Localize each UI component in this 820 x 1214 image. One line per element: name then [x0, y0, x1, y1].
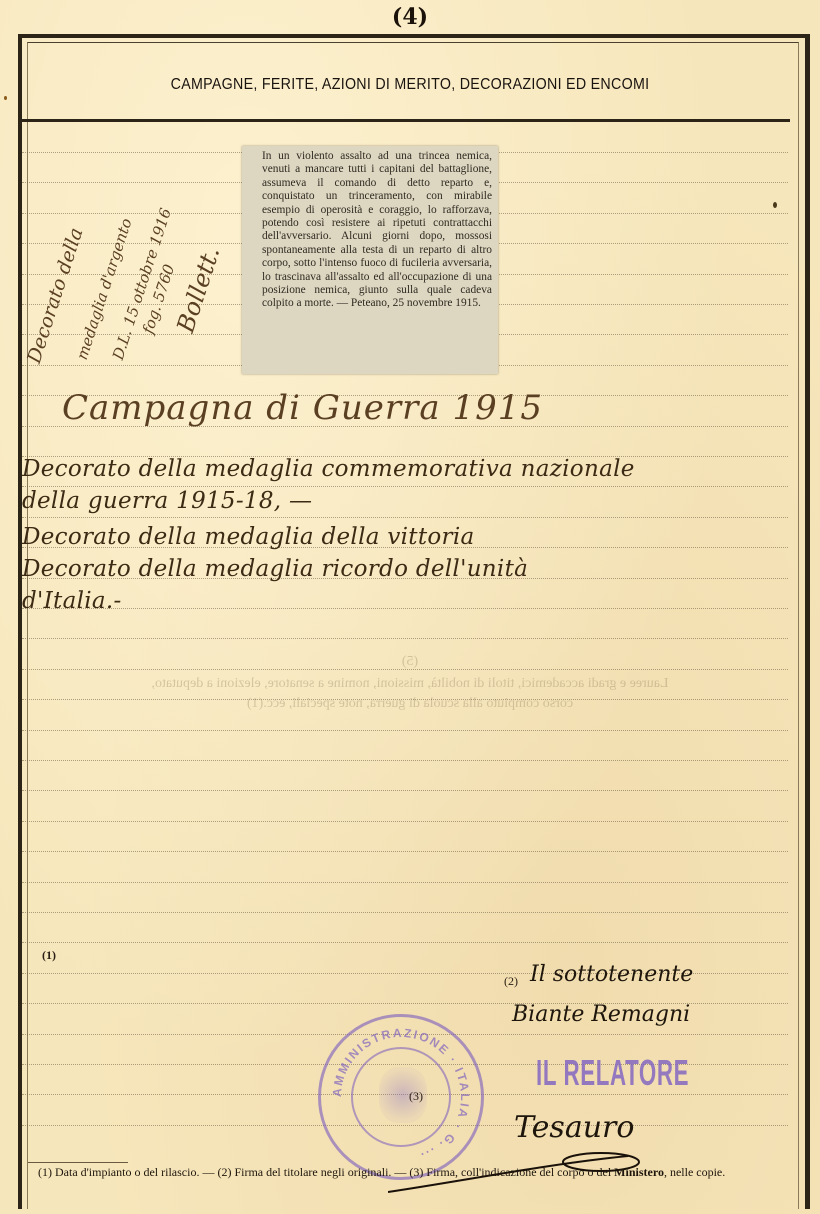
ruled-line: [22, 730, 788, 731]
footnote-text-end: , nelle copie.: [664, 1165, 725, 1179]
relatore-signature: Tesauro: [514, 1110, 634, 1145]
ruled-line: [22, 882, 788, 883]
footnote-divider: [28, 1162, 128, 1163]
footnotes: (1) Data d'impianto o del rilascio. — (2…: [24, 1165, 784, 1180]
margin-note: Decorato della medaglia d'argento D.L. 1…: [38, 130, 258, 380]
ruled-line: [22, 486, 788, 487]
ink-stain: [773, 202, 777, 208]
page-number: (4): [0, 4, 820, 30]
section-title: CAMPAGNE, FERITE, AZIONI DI MERITO, DECO…: [33, 76, 787, 94]
bleed-through-marker: (5): [0, 654, 820, 670]
footnote-marker-2: (2): [504, 974, 518, 989]
clipping-citation-text: In un violento assalto ad una trincea ne…: [262, 150, 492, 311]
ruled-line: [22, 517, 788, 518]
ruled-line: [22, 760, 788, 761]
ruled-line: [22, 851, 788, 852]
ruled-line: [22, 790, 788, 791]
footnote-marker-1: (1): [42, 948, 56, 963]
ink-stain: [4, 96, 7, 100]
ruled-line: [22, 638, 788, 639]
relatore-stamp: IL RELATORE: [536, 1052, 689, 1094]
campaign-entry: Campagna di Guerra 1915: [62, 388, 543, 428]
decoration-line: Decorato della medaglia ricordo dell'uni…: [22, 556, 528, 582]
signature-name: Biante Remagni: [512, 1002, 690, 1027]
signature-title: Il sottotenente: [530, 962, 693, 987]
footnote-marker-3: (3): [409, 1089, 423, 1104]
decoration-line: Decorato della medaglia commemorativa na…: [22, 456, 635, 482]
decoration-line: della guerra 1915-18, —: [22, 488, 312, 514]
newspaper-clipping: In un violento assalto ad una trincea ne…: [242, 146, 498, 374]
decoration-line: d'Italia.-: [22, 588, 122, 614]
bleed-through-line: corso compiuto alla scuola di guerra, no…: [0, 696, 820, 712]
margin-note-line: Bollett.: [171, 243, 225, 336]
ruled-line: [22, 821, 788, 822]
title-divider: [22, 119, 790, 122]
ruled-line: [22, 912, 788, 913]
bleed-through-line: Lauree e gradi accademici, titoli di nob…: [0, 676, 820, 692]
ruled-line: [22, 608, 788, 609]
decoration-line: Decorato della medaglia della vittoria: [22, 524, 475, 550]
footnote-ministero: Ministero: [614, 1165, 664, 1179]
footnote-text: (1) Data d'impianto o del rilascio. — (2…: [38, 1165, 614, 1179]
ruled-line: [22, 942, 788, 943]
